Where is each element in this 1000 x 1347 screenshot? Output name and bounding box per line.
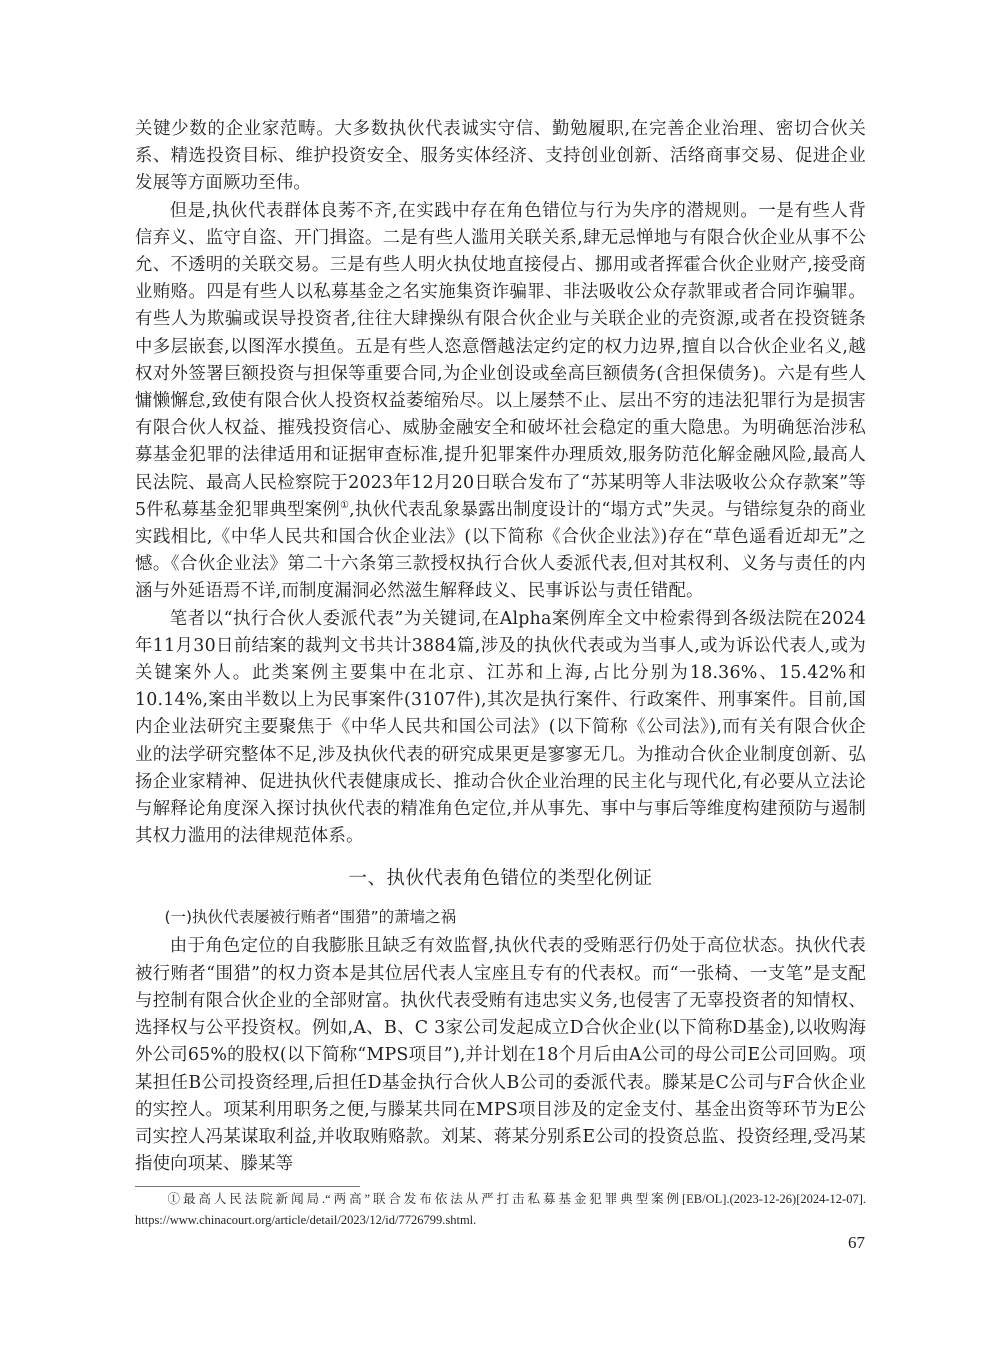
footnote-reference[interactable]: ①: [340, 500, 349, 511]
section-heading: 一、执伙代表角色错位的类型化例证: [135, 864, 866, 894]
paragraph-research-method: 笔者以“执行合伙人委派代表”为关键词,在Alpha案例库全文中检索得到各级法院在…: [135, 606, 866, 851]
paragraph-intro-continuation: 关键少数的企业家范畴。大多数执伙代表诚实守信、勤勉履职,在完善企业治理、密切合伙…: [135, 116, 866, 198]
paragraph-bribery-case: 由于角色定位的自我膨胀且缺乏有效监督,执伙代表的受贿恶行仍处于高位状态。执伙代表…: [135, 933, 866, 1178]
page-body: 关键少数的企业家范畴。大多数执伙代表诚实守信、勤勉履职,在完善企业治理、密切合伙…: [135, 116, 866, 1178]
page-number: 67: [848, 1233, 865, 1253]
paragraph-problems-text: 但是,执伙代表群体良莠不齐,在实践中存在角色错位与行为失序的潜规则。一是有些人背…: [135, 201, 866, 520]
subsection-heading: (一)执伙代表屡被行贿者“围猎”的萧墙之祸: [135, 904, 866, 931]
paragraph-problems: 但是,执伙代表群体良莠不齐,在实践中存在角色错位与行为失序的潜规则。一是有些人背…: [135, 198, 866, 606]
footnote-divider: [135, 1186, 360, 1187]
footnote-1: ①最高人民法院新闻局.“两高”联合发布依法从严打击私募基金犯罪典型案例[EB/O…: [135, 1189, 866, 1231]
